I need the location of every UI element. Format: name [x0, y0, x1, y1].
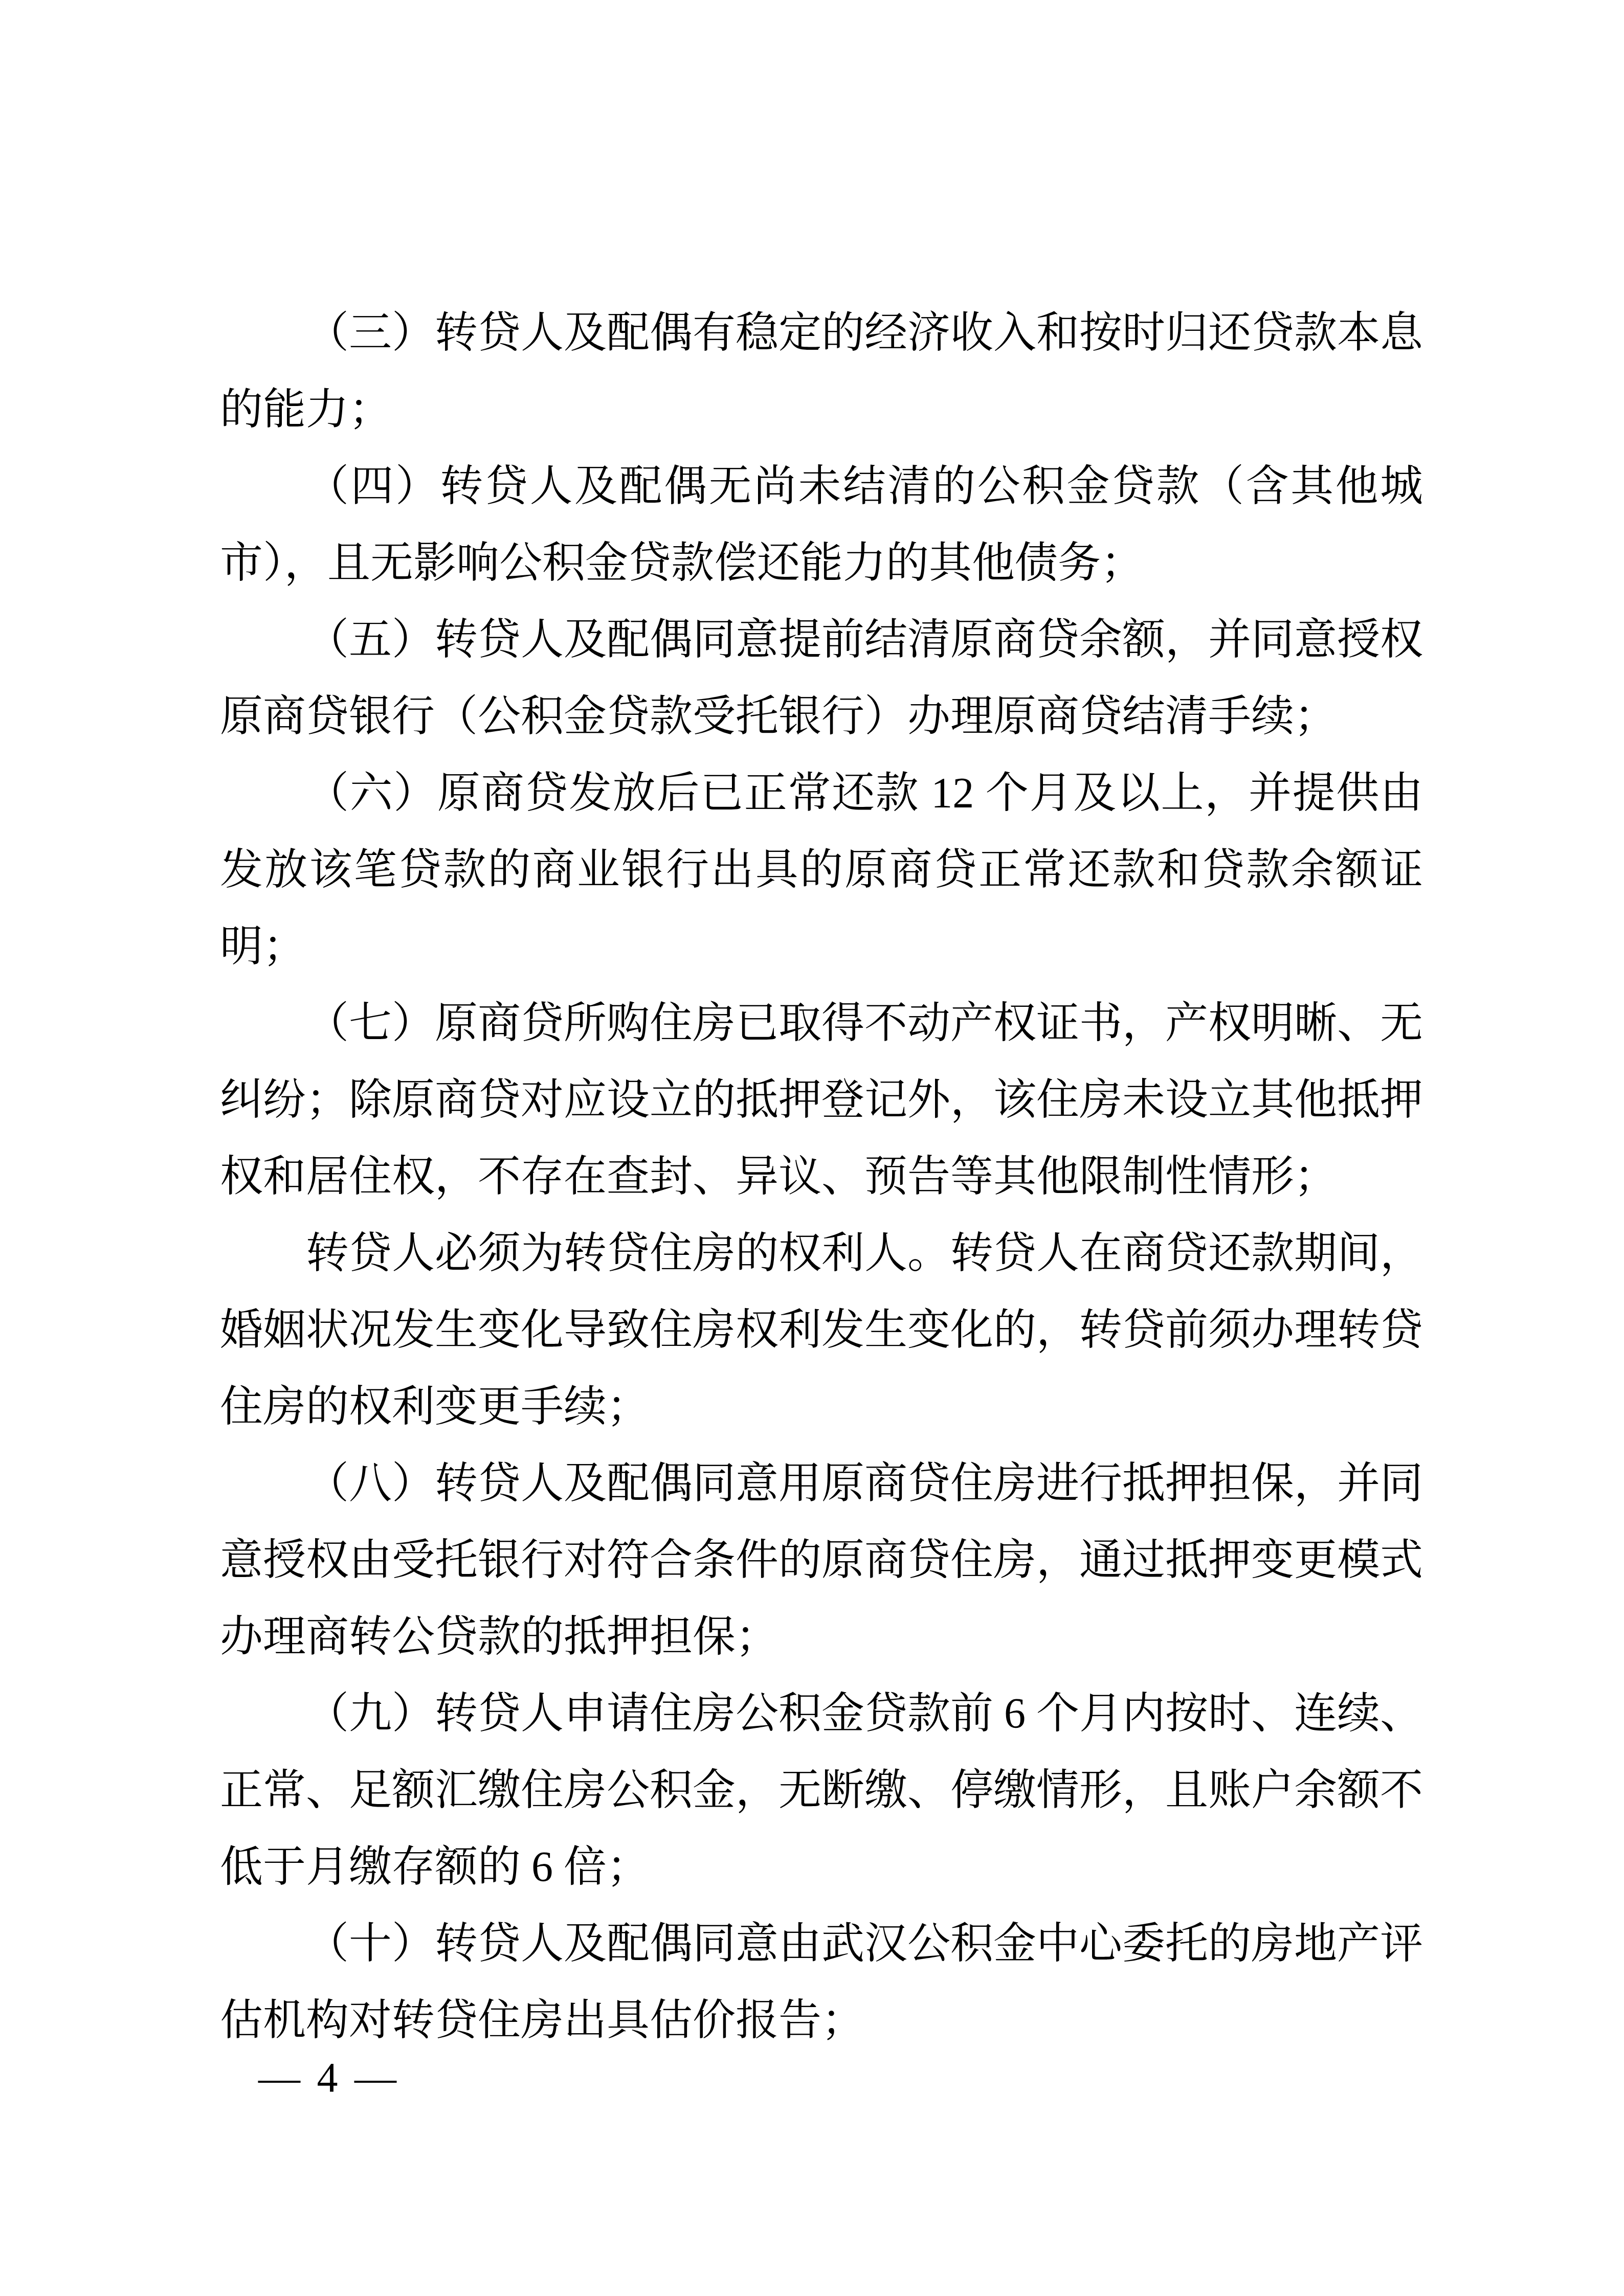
document-body: （三）转贷人及配偶有稳定的经济收入和按时归还贷款本息的能力； （四）转贷人及配偶…: [220, 295, 1423, 2059]
paragraph-clause-4: （四）转贷人及配偶无尚未结清的公积金贷款（含其他城市），且无影响公积金贷款偿还能…: [220, 448, 1423, 602]
paragraph-clause-8: （八）转贷人及配偶同意用原商贷住房进行抵押担保，并同意授权由受托银行对符合条件的…: [220, 1446, 1423, 1676]
paragraph-clause-7: （七）原商贷所购住房已取得不动产权证书，产权明晰、无纠纷；除原商贷对应设立的抵押…: [220, 985, 1423, 1215]
paragraph-clause-10: （十）转贷人及配偶同意由武汉公积金中心委托的房地产评估机构对转贷住房出具估价报告…: [220, 1906, 1423, 2059]
document-page: （三）转贷人及配偶有稳定的经济收入和按时归还贷款本息的能力； （四）转贷人及配偶…: [0, 0, 1624, 2296]
paragraph-clause-3: （三）转贷人及配偶有稳定的经济收入和按时归还贷款本息的能力；: [220, 295, 1423, 448]
paragraph-clause-7-note: 转贷人必须为转贷住房的权利人。转贷人在商贷还款期间，婚姻状况发生变化导致住房权利…: [220, 1215, 1423, 1446]
paragraph-clause-6: （六）原商贷发放后已正常还款 12 个月及以上，并提供由发放该笔贷款的商业银行出…: [220, 755, 1423, 985]
paragraph-clause-5: （五）转贷人及配偶同意提前结清原商贷余额，并同意授权原商贷银行（公积金贷款受托银…: [220, 602, 1423, 755]
page-number: — 4 —: [258, 2057, 399, 2099]
paragraph-clause-9: （九）转贷人申请住房公积金贷款前 6 个月内按时、连续、正常、足额汇缴住房公积金…: [220, 1676, 1423, 1906]
